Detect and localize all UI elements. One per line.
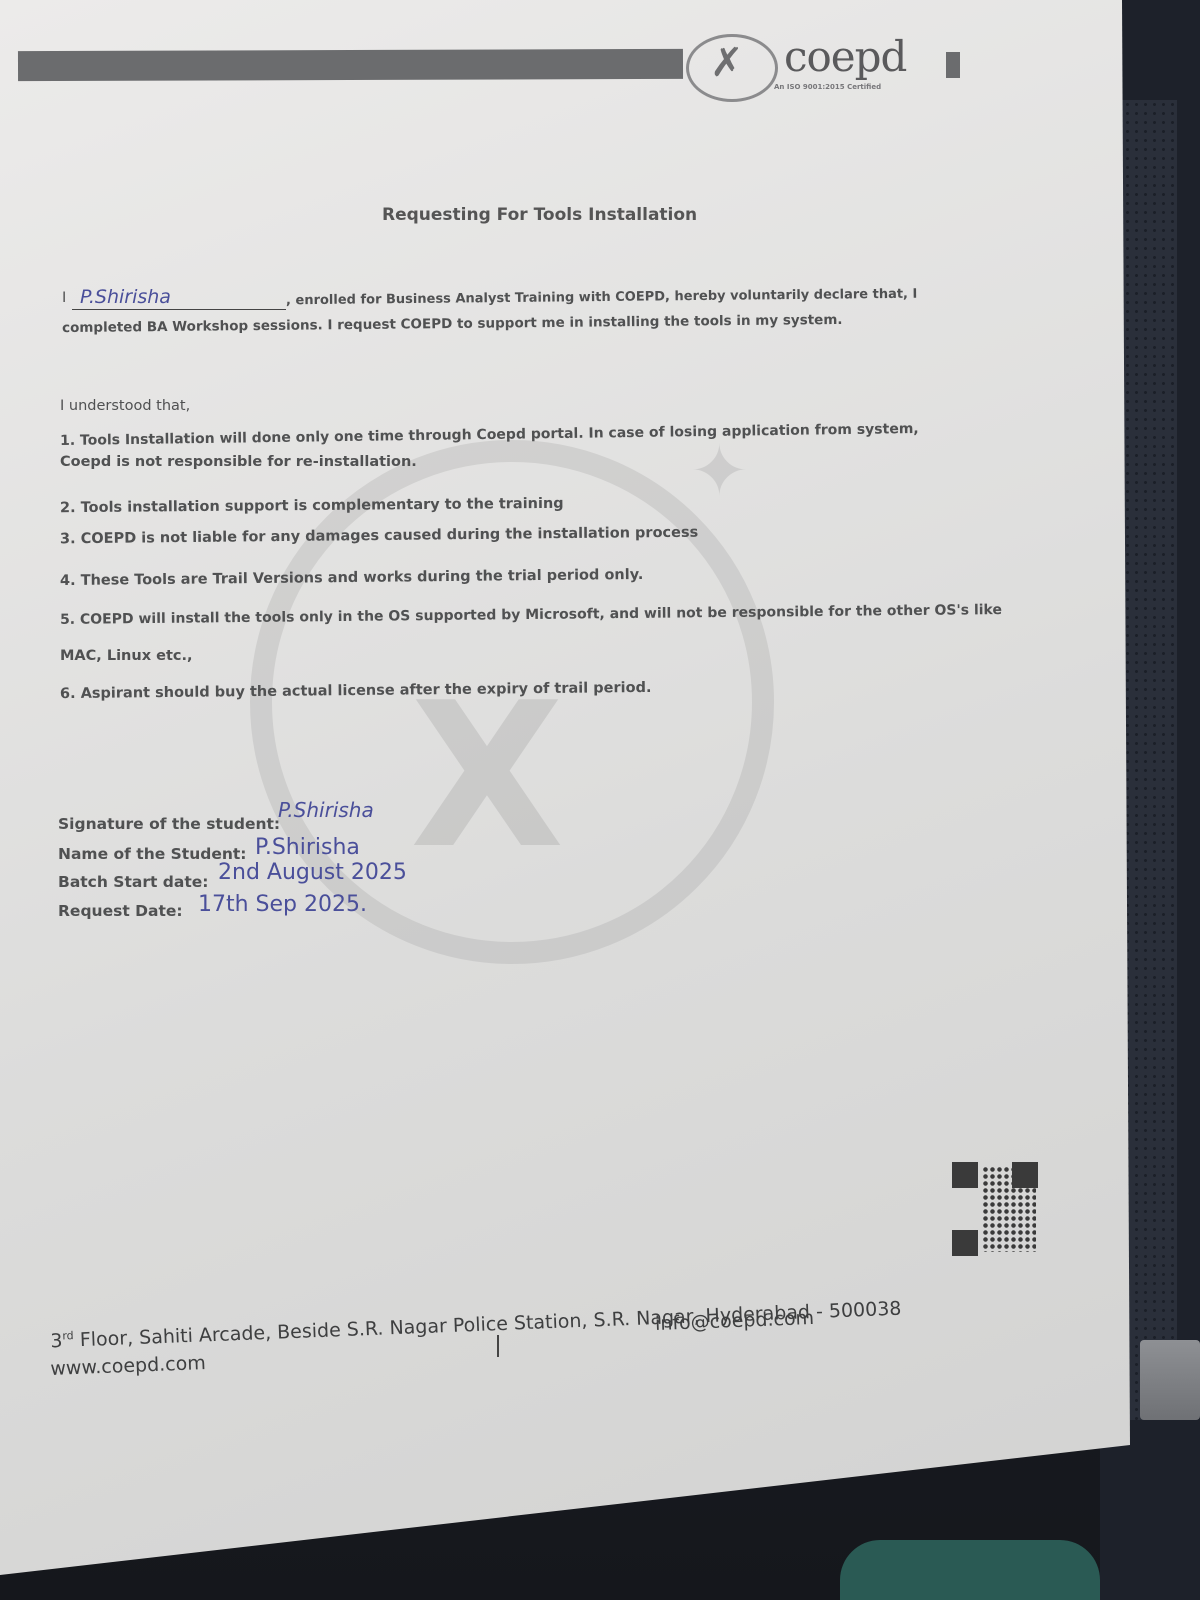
- brand-tagline: An ISO 9001:2015 Certified: [774, 83, 881, 91]
- student-name-handwritten: P.Shirisha: [80, 286, 171, 308]
- header-bar-end: [946, 52, 960, 78]
- address-number: 3: [50, 1330, 63, 1352]
- header-bar: [18, 49, 683, 81]
- cloth: [840, 1540, 1100, 1600]
- footer-website: www.coepd.com: [50, 1352, 206, 1380]
- request-label: Request Date:: [58, 902, 183, 920]
- qr-code-icon: [952, 1162, 1038, 1256]
- footer-email: info@coepd.com: [655, 1307, 815, 1335]
- intro-line-2: completed BA Workshop sessions. I reques…: [62, 312, 843, 336]
- coepd-logo: ✗ coepd An ISO 9001:2015 Certified: [686, 28, 936, 98]
- page-title: Requesting For Tools Installation: [382, 205, 697, 225]
- divider-mark: [497, 1335, 499, 1357]
- address-sup: rd: [62, 1329, 74, 1342]
- batch-value: 2nd August 2025: [218, 860, 407, 885]
- signature-value: P.Shirisha: [278, 798, 374, 822]
- x-icon: ✗: [710, 40, 744, 86]
- request-value: 17th Sep 2025.: [198, 892, 367, 917]
- intro-prefix: I: [62, 290, 66, 306]
- watermark-star-icon: ✦: [690, 430, 749, 512]
- term-5-line-2: MAC, Linux etc.,: [60, 648, 192, 664]
- paper-document: ✗ coepd An ISO 9001:2015 Certified X ✦ R…: [0, 0, 1130, 1600]
- name-value: P.Shirisha: [255, 835, 360, 860]
- understood-heading: I understood that,: [60, 398, 190, 414]
- name-underline: [72, 309, 286, 310]
- intro-line-1: , enrolled for Business Analyst Training…: [286, 287, 917, 309]
- laptop-hinge-bottom: [1140, 1340, 1200, 1420]
- term-1-line-2: Coepd is not responsible for re-installa…: [60, 454, 417, 470]
- batch-label: Batch Start date:: [58, 873, 208, 891]
- brand-name: coepd: [784, 32, 906, 81]
- signature-label: Signature of the student:: [58, 815, 280, 833]
